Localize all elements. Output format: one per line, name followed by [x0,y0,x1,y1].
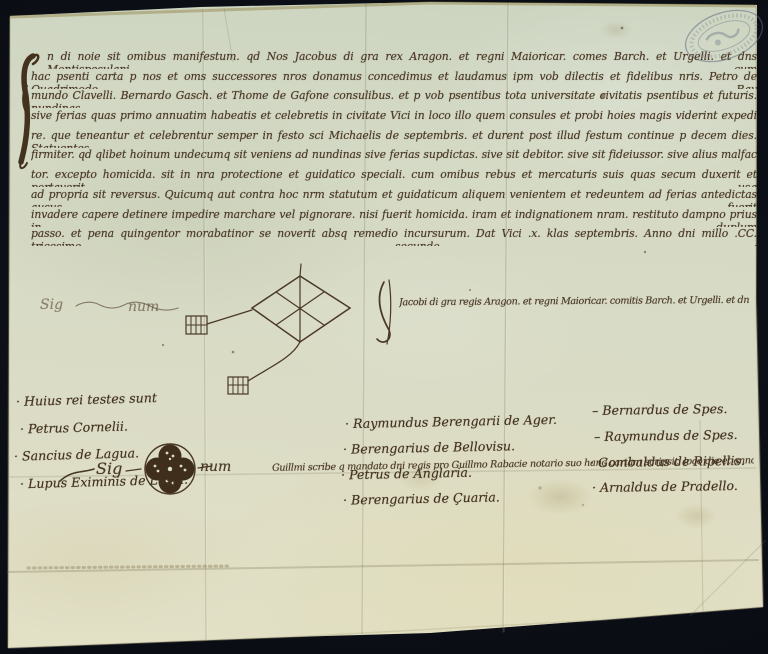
witness-line: – Raymundus de Spes. [594,427,738,444]
witness-line: · Arnaldus de Pradello. [592,478,738,495]
royal-signum-num: num [128,299,159,315]
charter-line: re. que teneantur et celebrentur semper … [31,129,757,148]
royal-signum-sig: Sig [40,297,63,313]
photograph-of-charter: n di noie sit omibus manifestum. qd Nos … [0,0,768,654]
charter-line: firmiter. qd qlibet hoinum undecumq sit … [31,148,757,167]
charter-line: sive ferias quas primo annuatim habeatis… [31,109,757,128]
charter-line: mundo Clavelli. Bernardo Gasch. et Thome… [31,89,757,108]
notary-signum-sig: Sig [96,459,122,478]
charter-line: passo. et pena quingentor morabatinor se… [31,227,757,246]
royal-signum-icon [76,264,391,394]
notary-signum-num: num [200,459,231,475]
witness-line: · Petrus Cornelii. [20,418,128,436]
charter-line: ad propria sit reversus. Quicumq aut con… [31,188,757,207]
charter-line: tor. excepto homicida. sit in nra protec… [31,168,757,187]
witness-line: – Bernardus de Spes. [592,401,728,418]
charter-line: invadere capere detinere impedire marcha… [31,208,757,227]
charter-line: n di noie sit omibus manifestum. qd Nos … [47,50,757,69]
charter-line: hac psenti carta p nos et oms successore… [31,70,757,89]
